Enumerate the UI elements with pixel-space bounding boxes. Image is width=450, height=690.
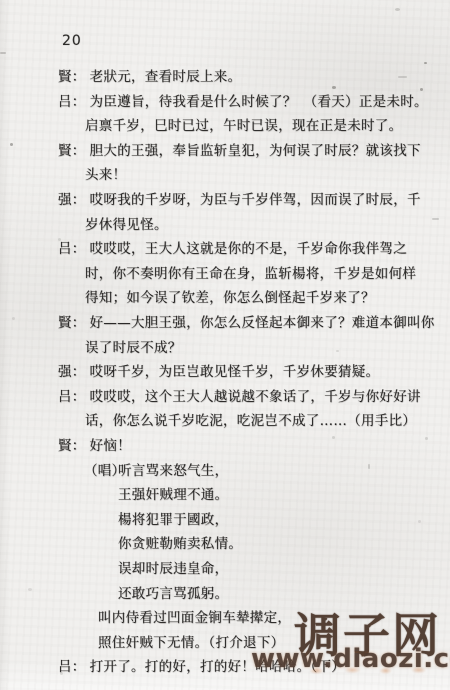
script-line: 吕： 为臣遵旨，待我看是什么时候了？ （看天）正是未时。 <box>58 93 428 111</box>
speaker-label: 吕： <box>58 93 85 111</box>
script-line: 吕： 哎哎哎，这个王大人越说越不象话了，千岁与你好好讲 <box>58 388 421 406</box>
speaker-label: 吕： <box>58 388 85 406</box>
line-text: 头来！ <box>85 167 126 183</box>
paper-speckle <box>10 143 13 146</box>
script-line: 賢： 好——大胆王强，你怎么反怪起本御来了？难道本御叫你 <box>58 314 435 332</box>
line-text: 好——大胆王强，你怎么反怪起本御来了？难道本御叫你 <box>90 315 435 331</box>
paper-speckle <box>424 62 427 64</box>
line-text: 得知；如今误了钦差，你怎么倒怪起千岁来了？ <box>85 290 375 306</box>
line-text: 哎呀我的千岁呀，为臣与千岁伴驾，因而误了时辰，千 <box>90 192 421 208</box>
line-text: 王强奸贼理不通。 <box>118 487 228 503</box>
speaker-label: 强： <box>58 191 85 209</box>
verse-prefix: （唱） <box>84 462 125 480</box>
scanned-script-page: 20 賢： 老狀元，查看时辰上来。 吕： 为臣遵旨，待我看是什么时候了？ （看天… <box>0 0 450 690</box>
speaker-label: 賢： <box>58 314 85 332</box>
line-text: 哎呀千岁，为臣岂敢见怪千岁，千岁休要猜疑。 <box>90 364 380 380</box>
line-text: 好恼！ <box>90 438 131 454</box>
line-text: 误了时辰不成？ <box>85 340 182 356</box>
line-text: 你贪赃勒贿卖私情。 <box>118 536 242 552</box>
page-number: 20 <box>62 33 82 49</box>
line-text: 叫内侍看过凹面金锏车辇撵定， <box>98 610 291 626</box>
script-line: 误却时辰违皇命， <box>118 560 228 578</box>
line-text: 听言骂来怒气生， <box>118 463 228 479</box>
paper-speckle <box>332 436 335 439</box>
line-text: 楊将犯罪于國政， <box>118 512 228 528</box>
paper-speckle <box>420 88 423 91</box>
line-text: 误却时辰违皇命， <box>118 561 228 577</box>
line-text: 老狀元，查看时辰上来。 <box>90 69 242 85</box>
script-line: 头来！ <box>85 166 126 184</box>
script-line: 賢： 老狀元，查看时辰上来。 <box>58 68 241 86</box>
script-line: 误了时辰不成？ <box>85 339 182 357</box>
paper-speckle <box>336 350 339 352</box>
paper-speckle <box>368 464 370 469</box>
speaker-label: 賢： <box>58 68 85 86</box>
script-line: 叫内侍看过凹面金锏车辇撵定， <box>98 609 291 627</box>
paper-speckle <box>432 218 439 220</box>
script-line: 岁休得见怪。 <box>85 216 168 234</box>
script-line: 话，你怎么说千岁吃泥，吃泥岂不成了……（用手比） <box>85 412 416 430</box>
paper-speckle <box>28 588 32 591</box>
script-line: 还敢巧言骂孤躬。 <box>118 585 228 603</box>
script-line: 吕： 哎哎哎，王大人这就是你的不是，千岁命你我伴驾之 <box>58 240 407 258</box>
line-text: 时，你不奏明你有王命在身，监斩楊将，千岁是如何样 <box>85 266 416 282</box>
paper-speckle <box>425 437 428 440</box>
paper-speckle <box>332 86 336 89</box>
line-text: 胆大的王强，奉旨监斩皇犯，为何误了时辰？就该找下 <box>90 143 421 159</box>
line-text: 还敢巧言骂孤躬。 <box>118 586 228 602</box>
paper-speckle <box>395 8 400 11</box>
speaker-label: 賢： <box>58 142 85 160</box>
line-text: 启禀千岁，巳时已过，午时已误，现在正是未时了。 <box>85 118 402 134</box>
script-line: 賢： 胆大的王强，奉旨监斩皇犯，为何误了时辰？就该找下 <box>58 142 421 160</box>
line-text: 哎哎哎，这个王大人越说越不象话了，千岁与你好好讲 <box>90 389 421 405</box>
script-line: （唱） 听言骂来怒气生， <box>118 462 228 480</box>
paper-speckle <box>398 76 407 78</box>
line-text: 哎哎哎，王大人这就是你的不是，千岁命你我伴驾之 <box>90 241 407 257</box>
speaker-label: 吕： <box>58 240 85 258</box>
paper-speckle <box>418 520 421 523</box>
script-line: 时，你不奏明你有王命在身，监斩楊将，千岁是如何样 <box>85 265 416 283</box>
watermark-smudge <box>300 663 438 677</box>
script-line: 得知；如今误了钦差，你怎么倒怪起千岁来了？ <box>85 289 375 307</box>
script-line: 启禀千岁，巳时已过，午时已误，现在正是未时了。 <box>85 117 402 135</box>
paper-speckle <box>0 52 6 54</box>
script-line: 你贪赃勒贿卖私情。 <box>118 535 242 553</box>
script-line: 賢： 好恼！ <box>58 437 131 455</box>
line-text: 岁休得见怪。 <box>85 217 168 233</box>
script-line: 强： 哎呀我的千岁呀，为臣与千岁伴驾，因而误了时辰，千 <box>58 191 421 209</box>
speaker-label: 强： <box>58 363 85 381</box>
script-line: 强： 哎呀千岁，为臣岂敢见怪千岁，千岁休要猜疑。 <box>58 363 379 381</box>
paper-speckle <box>12 317 15 320</box>
line-text: 为臣遵旨，待我看是什么时候了？ （看天）正是未时。 <box>90 94 428 110</box>
speaker-label: 賢： <box>58 437 85 455</box>
paper-speckle <box>60 672 63 675</box>
script-line: 王强奸贼理不通。 <box>118 486 228 504</box>
script-line: 楊将犯罪于國政， <box>118 511 228 529</box>
paper-speckle <box>58 238 61 241</box>
line-text: 话，你怎么说千岁吃泥，吃泥岂不成了……（用手比） <box>85 413 416 429</box>
